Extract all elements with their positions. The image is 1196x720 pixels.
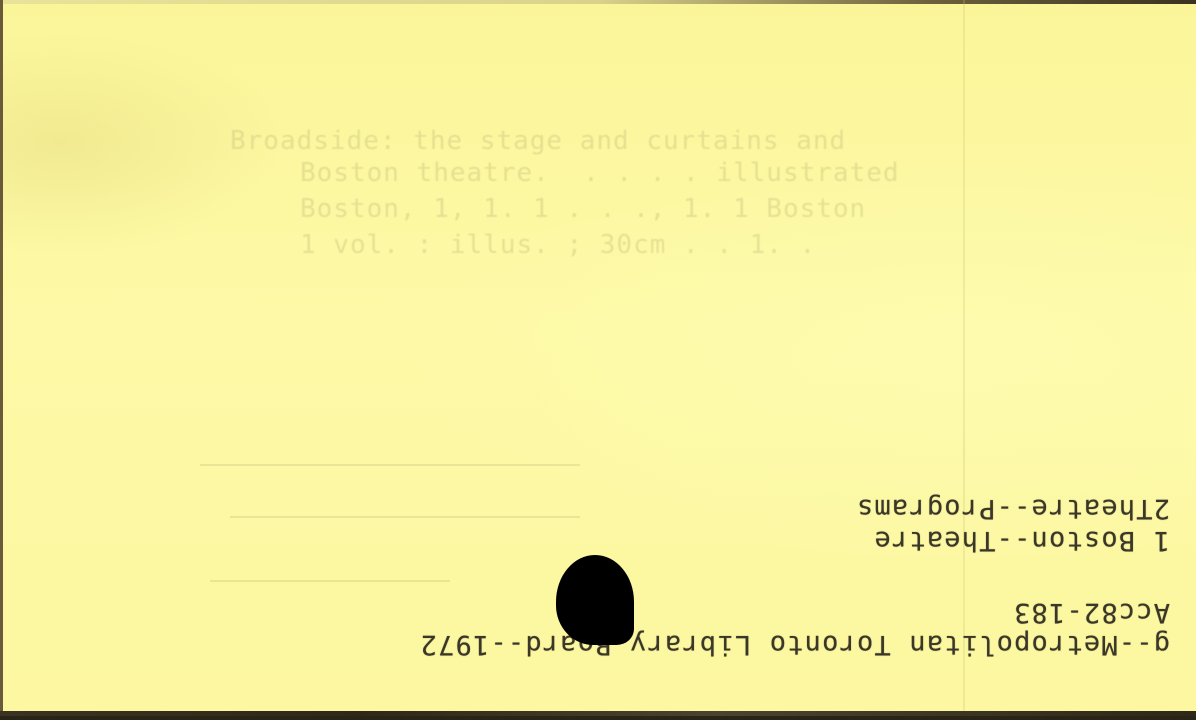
accession-number: Acc82-183 — [1013, 597, 1170, 628]
hole-punch-tear — [590, 605, 634, 645]
subject-heading-2: 2Theatre--Programs — [856, 493, 1170, 524]
catalog-card: Broadside: the stage and curtains and Bo… — [0, 0, 1196, 716]
card-heading: g--Metropolitan Toronto Library Board--1… — [419, 629, 1170, 660]
subject-heading-1: 1 Boston--Theatre — [873, 525, 1170, 556]
card-bottom-edge — [0, 711, 1196, 716]
